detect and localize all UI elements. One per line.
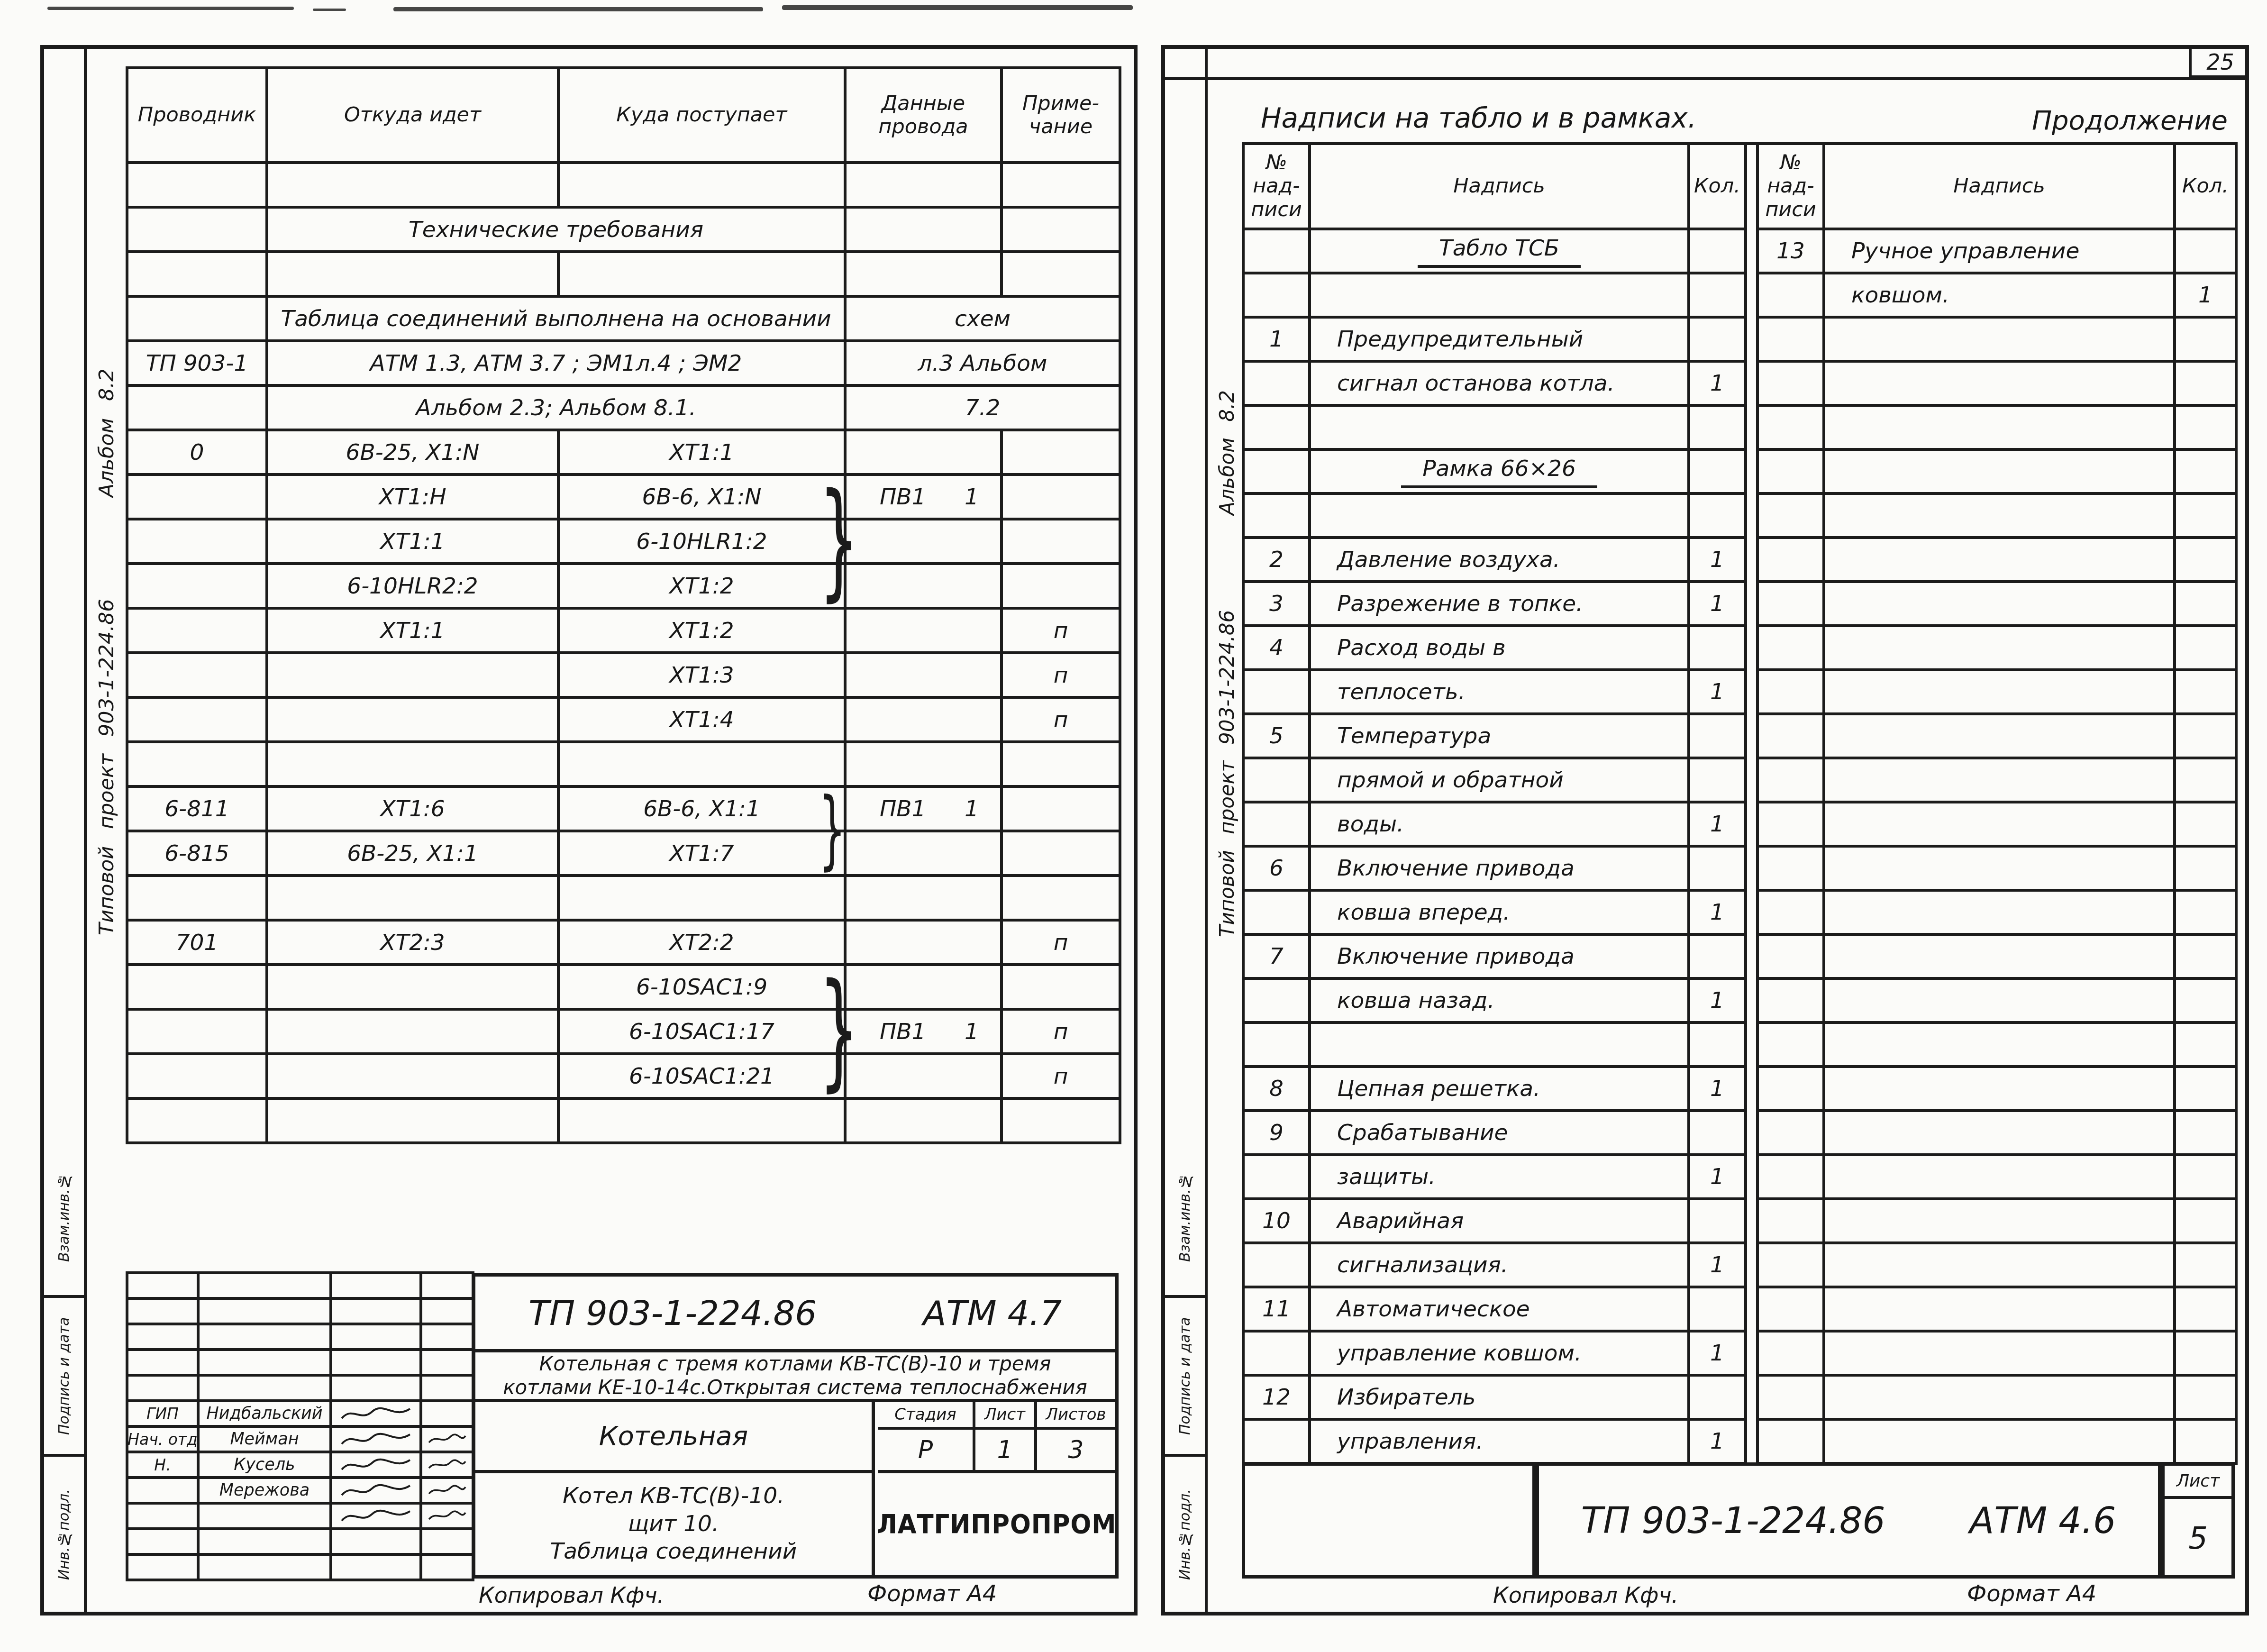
label-num-cell <box>1245 363 1311 407</box>
from-cell: 6В-25, Х1:N <box>268 431 560 476</box>
labels-table-row: ковша назад.1 <box>1245 980 2238 1024</box>
labels-table-row <box>1245 495 2238 539</box>
group-divider <box>1747 759 1759 803</box>
signature-table: ГИПНидбальскийНач. отдМейманН.КусельМере… <box>126 1271 474 1581</box>
wire-col-header: Проводник <box>128 69 268 164</box>
note-cell: п <box>1003 1011 1121 1055</box>
group-divider <box>1747 848 1759 892</box>
label-text-cell <box>1825 848 2176 892</box>
label-num-cell <box>1245 495 1311 539</box>
label-text-cell <box>1311 495 1690 539</box>
brace-group-3: } <box>819 963 845 1097</box>
group-divider <box>1747 539 1759 583</box>
labels-table: № над- писиНадписьКол.№ над- писиНадпись… <box>1242 142 2238 1465</box>
to-cell: 6-10SAC1:9 <box>560 966 847 1011</box>
label-num-cell <box>1245 1024 1311 1068</box>
note-cell: п <box>1003 922 1121 966</box>
label-text-cell: ковшом. <box>1825 274 2176 319</box>
group-divider <box>1747 803 1759 848</box>
label-num-cell <box>1245 892 1311 936</box>
labels-page-title: Надписи на табло и в рамках. <box>1261 102 1696 134</box>
label-num-cell <box>1245 1156 1311 1200</box>
label-qty-cell <box>2176 759 2238 803</box>
label-num-cell: 4 <box>1245 627 1311 671</box>
conductor-cell <box>128 387 268 431</box>
label-qty-cell <box>2176 1024 2238 1068</box>
wire-qty: 1 <box>965 484 979 510</box>
label-qty-cell <box>2176 1068 2238 1112</box>
label-text-cell: сигнал останова котла. <box>1311 363 1690 407</box>
wire-mark: ПВ1 <box>880 796 926 822</box>
wire-data-cell <box>847 1100 1003 1144</box>
label-qty-cell: 1 <box>1690 583 1747 627</box>
label-num-cell <box>1245 451 1311 495</box>
note-cell <box>1003 877 1121 922</box>
signature-row: Мережова <box>128 1479 474 1505</box>
from-cell <box>268 164 560 209</box>
group2-qty-header: Кол. <box>2176 145 2238 230</box>
project-name-row: Котельная с тремя котлами КВ-ТС(В)-10 и … <box>475 1352 1115 1402</box>
signature-role-cell <box>128 1300 200 1325</box>
label-qty-cell <box>1690 495 1747 539</box>
conductor-cell <box>128 610 268 654</box>
from-cell: ХТ1:6 <box>268 788 560 832</box>
signature-date-cell <box>422 1530 474 1556</box>
doc-code: АТМ 4.7 <box>923 1293 1062 1333</box>
sheet-value: 1 <box>975 1430 1037 1470</box>
note-cell <box>1003 966 1121 1011</box>
wire-col-header: Приме- чание <box>1003 69 1121 164</box>
labels-table-row <box>1245 407 2238 451</box>
label-text-cell: Рамка 66×26 <box>1311 451 1690 495</box>
signature-scribble-cell <box>332 1274 422 1300</box>
label-num-cell <box>1759 1333 1825 1377</box>
label-qty-cell <box>1690 1288 1747 1333</box>
labels-table-row: 4Расход воды в <box>1245 627 2238 671</box>
label-text-cell: защиты. <box>1311 1156 1690 1200</box>
label-qty-cell <box>1690 1024 1747 1068</box>
right-sheet-number-block: Лист 5 <box>2161 1462 2235 1579</box>
label-qty-cell <box>1690 1377 1747 1421</box>
right-copied-by: Копировал Кфч. <box>1493 1582 1678 1608</box>
label-num-cell <box>1245 803 1311 848</box>
label-qty-cell <box>2176 1200 2238 1244</box>
left-title-block: ТП 903-1-224.86 АТМ 4.7 Котельная с трем… <box>472 1273 1119 1579</box>
signature-row <box>128 1530 474 1556</box>
group-divider <box>1747 936 1759 980</box>
labels-table-row: 7Включение привода <box>1245 936 2238 980</box>
label-text-cell <box>1825 1244 2176 1288</box>
wire-qty: 1 <box>965 796 979 822</box>
label-num-cell: 2 <box>1245 539 1311 583</box>
signature-date-cell <box>422 1402 474 1428</box>
label-num-cell <box>1245 1244 1311 1288</box>
labels-table-row: прямой и обратной <box>1245 759 2238 803</box>
group-divider <box>1747 145 1759 230</box>
brace-group-1: } <box>819 473 845 607</box>
conductor-cell <box>128 253 268 298</box>
wire-table-row: 6-811ХТ1:66В-6, Х1:1ПВ11 <box>128 788 1121 832</box>
wire-table-row: Альбом 2.3; Альбом 8.1.7.2 <box>128 387 1121 431</box>
label-qty-cell <box>2176 892 2238 936</box>
label-num-cell <box>1245 407 1311 451</box>
labels-table-row: воды.1 <box>1245 803 2238 848</box>
continuation-label: Продолжение <box>1962 105 2228 136</box>
wire-table-row: 6-10HLR2:2ХТ1:2 <box>128 565 1121 610</box>
labels-table-row: ковша вперед.1 <box>1245 892 2238 936</box>
label-num-cell <box>1759 1288 1825 1333</box>
label-qty-cell: 1 <box>1690 1244 1747 1288</box>
signature-role-cell <box>128 1325 200 1351</box>
group-divider <box>1747 1068 1759 1112</box>
label-text-cell <box>1825 936 2176 980</box>
group1-qty-header: Кол. <box>1690 145 1747 230</box>
label-qty-cell <box>1690 451 1747 495</box>
left-copied-by: Копировал Кфч. <box>479 1582 664 1608</box>
label-num-cell <box>1759 495 1825 539</box>
signature-scribble-cell <box>332 1505 422 1530</box>
note-cell <box>1003 1100 1121 1144</box>
label-num-cell <box>1759 1377 1825 1421</box>
wire-table-row: 06В-25, Х1:NХТ1:1 <box>128 431 1121 476</box>
group2-label-header: Надпись <box>1825 145 2176 230</box>
label-qty-cell: 1 <box>1690 980 1747 1024</box>
group-divider <box>1747 407 1759 451</box>
label-text-cell <box>1825 1024 2176 1068</box>
label-text-cell <box>1825 803 2176 848</box>
label-qty-cell: 1 <box>1690 803 1747 848</box>
label-qty-cell <box>2176 627 2238 671</box>
label-num-cell: 10 <box>1245 1200 1311 1244</box>
label-qty-cell <box>1690 1200 1747 1244</box>
label-text-cell <box>1825 1112 2176 1156</box>
page-number-box: 25 <box>2189 49 2249 78</box>
label-text-cell <box>1825 407 2176 451</box>
doc-number: ТП 903-1-224.86 <box>1581 1499 1885 1542</box>
note-cell: п <box>1003 654 1121 699</box>
label-text-cell <box>1825 627 2176 671</box>
label-qty-cell <box>2176 539 2238 583</box>
signature-scribble <box>338 1430 414 1449</box>
signature-role-cell <box>128 1556 200 1581</box>
label-num-cell <box>1759 892 1825 936</box>
label-text-cell <box>1825 319 2176 363</box>
signature-row <box>128 1300 474 1325</box>
wire-table-row: 6-10SAC1:21п <box>128 1055 1121 1100</box>
label-qty-cell <box>2176 980 2238 1024</box>
label-qty-cell <box>2176 230 2238 274</box>
signature-scribble-cell <box>332 1300 422 1325</box>
label-qty-cell <box>2176 1244 2238 1288</box>
note-cell: п <box>1003 1055 1121 1100</box>
label-text-cell: Давление воздуха. <box>1311 539 1690 583</box>
wire-data-cell <box>847 431 1003 476</box>
wire-data-cell <box>847 654 1003 699</box>
sheet-label: Лист <box>2165 1466 2231 1499</box>
wire-data-cell: ПВ11 <box>847 1011 1003 1055</box>
label-qty-cell <box>2176 848 2238 892</box>
group-divider <box>1747 1288 1759 1333</box>
wire-connection-table: ПроводникОткуда идетКуда поступаетДанные… <box>126 66 1121 1144</box>
signature-role-cell: Нач. отд <box>128 1428 200 1453</box>
label-qty-cell <box>2176 1421 2238 1465</box>
project-line-1: Котельная с тремя котлами КВ-ТС(В)-10 и … <box>539 1352 1051 1376</box>
label-qty-cell <box>2176 936 2238 980</box>
stamp-box-vzam: Взам.инв.№ <box>42 1139 87 1298</box>
label-num-cell <box>1245 1421 1311 1465</box>
wire-table-row: 701ХТ2:3ХТ2:2п <box>128 922 1121 966</box>
to-cell: 6В-6, Х1:N <box>560 476 847 520</box>
signature-name-cell: Кусель <box>200 1453 332 1479</box>
label-qty-cell: 1 <box>1690 1068 1747 1112</box>
note-cell <box>1003 565 1121 610</box>
label-text-cell: Температура <box>1311 715 1690 759</box>
from-cell: 6-10HLR2:2 <box>268 565 560 610</box>
from-cell: ХТ1:1 <box>268 610 560 654</box>
conductor-cell <box>128 1100 268 1144</box>
stamp-box-podpis: Подпись и дата <box>42 1298 87 1457</box>
wire-data-cell <box>847 164 1003 209</box>
wire-data-cell <box>847 253 1003 298</box>
stamp-box-inv: Инв.№подл. <box>1163 1457 1208 1615</box>
wire-table-row <box>128 877 1121 922</box>
label-text-cell <box>1311 274 1690 319</box>
stage-value: Р <box>878 1430 975 1470</box>
label-text-cell: Табло ТСБ <box>1311 230 1690 274</box>
label-num-cell: 9 <box>1245 1112 1311 1156</box>
labels-table-row: управления.1 <box>1245 1421 2238 1465</box>
signature-role-cell <box>128 1479 200 1505</box>
labels-table-row: 1Предупредительный <box>1245 319 2238 363</box>
signature-name-cell <box>200 1274 332 1300</box>
signature-date-cell <box>422 1274 474 1300</box>
scanned-drawing-page: Взам.инв.№ Подпись и дата Инв.№подл. Тип… <box>0 0 2267 1652</box>
signature-name-cell <box>200 1505 332 1530</box>
note-cell: п <box>1003 699 1121 743</box>
signature-row <box>128 1351 474 1377</box>
label-qty-cell <box>1690 848 1747 892</box>
label-qty-cell: 1 <box>2176 274 2238 319</box>
group-divider <box>1747 1244 1759 1288</box>
margin-text: Типовой проект 903-1-224.86 Альбом 8.2 <box>95 368 118 935</box>
from-cell <box>268 654 560 699</box>
signature-scribble <box>338 1481 414 1500</box>
label-qty-cell: 1 <box>1690 1421 1747 1465</box>
reference-cell: л.3 Альбом <box>847 342 1121 387</box>
wire-data-cell <box>847 699 1003 743</box>
to-cell <box>560 253 847 298</box>
note-cell <box>1003 520 1121 565</box>
signature-role-cell <box>128 1274 200 1300</box>
signature-row <box>128 1505 474 1530</box>
group-divider <box>1747 583 1759 627</box>
drawing-title-line-2: щит 10. <box>628 1510 719 1538</box>
label-num-cell <box>1759 1200 1825 1244</box>
stage-label: Стадия <box>878 1402 975 1427</box>
label-text-cell <box>1825 980 2176 1024</box>
wire-data-cell <box>847 565 1003 610</box>
group1-num-header: № над- писи <box>1245 145 1311 230</box>
note-cell <box>1003 743 1121 788</box>
to-cell: 6-10HLR1:2 <box>560 520 847 565</box>
note-cell <box>1003 788 1121 832</box>
signature-role-cell <box>128 1530 200 1556</box>
from-cell <box>268 699 560 743</box>
label-text-cell <box>1825 539 2176 583</box>
label-num-cell <box>1759 936 1825 980</box>
label-num-cell <box>1759 539 1825 583</box>
wire-col-header: Данные провода <box>847 69 1003 164</box>
label-qty-cell <box>2176 1377 2238 1421</box>
label-text-cell: Ручное управление <box>1825 230 2176 274</box>
signature-row <box>128 1274 474 1300</box>
label-qty-cell <box>2176 1333 2238 1377</box>
conductor-cell <box>128 164 268 209</box>
label-qty-cell <box>2176 363 2238 407</box>
label-text-cell <box>1825 759 2176 803</box>
merged-text-cell: АТМ 1.3, АТМ 3.7 ; ЭМ1л.4 ; ЭМ2 <box>268 342 847 387</box>
stamp-box-vzam: Взам.инв.№ <box>1163 1139 1208 1298</box>
sheets-label: Листов <box>1037 1402 1115 1427</box>
wire-table-row: ТП 903-1АТМ 1.3, АТМ 3.7 ; ЭМ1л.4 ; ЭМ2л… <box>128 342 1121 387</box>
label-text-cell <box>1825 1288 2176 1333</box>
signature-scribble-cell <box>332 1402 422 1428</box>
signature-scribble <box>338 1404 414 1423</box>
from-cell: ХТ1:1 <box>268 520 560 565</box>
signature-name-cell: Нидбальский <box>200 1402 332 1428</box>
wire-table-row <box>128 743 1121 788</box>
label-text-cell <box>1825 671 2176 715</box>
group-divider <box>1747 1421 1759 1465</box>
label-text-cell: ковша вперед. <box>1311 892 1690 936</box>
wire-table-row: ХТ1:1ХТ1:2п <box>128 610 1121 654</box>
label-num-cell <box>1759 363 1825 407</box>
group-divider <box>1747 1156 1759 1200</box>
signature-scribble-cell <box>332 1479 422 1505</box>
wire-table-row: ХТ1:3п <box>128 654 1121 699</box>
merged-text-cell: Таблица соединений выполнена на основани… <box>268 298 847 342</box>
from-cell: ХТ2:3 <box>268 922 560 966</box>
brace-group-2: } <box>819 785 845 874</box>
note-cell <box>1003 253 1121 298</box>
from-cell <box>268 1011 560 1055</box>
label-num-cell: 5 <box>1245 715 1311 759</box>
label-text-cell <box>1825 363 2176 407</box>
group-divider <box>1747 230 1759 274</box>
labels-table-row: 5Температура <box>1245 715 2238 759</box>
note-cell: п <box>1003 610 1121 654</box>
drawing-title-cell: Котел КВ-ТС(В)-10. щит 10. Таблица соеди… <box>475 1473 875 1575</box>
drawing-title-line-3: Таблица соединений <box>550 1538 797 1566</box>
wire-table-row <box>128 164 1121 209</box>
label-num-cell <box>1759 715 1825 759</box>
label-num-cell: 11 <box>1245 1288 1311 1333</box>
wire-qty: 1 <box>965 1019 979 1045</box>
conductor-cell <box>128 654 268 699</box>
label-num-cell <box>1759 1024 1825 1068</box>
labels-table-header: № над- писиНадписьКол.№ над- писиНадпись… <box>1245 145 2238 230</box>
label-num-cell <box>1759 1156 1825 1200</box>
label-num-cell <box>1759 759 1825 803</box>
signature-role-cell <box>128 1377 200 1402</box>
signature-date-cell <box>422 1556 474 1581</box>
from-cell <box>268 966 560 1011</box>
label-num-cell <box>1759 451 1825 495</box>
group-divider <box>1747 627 1759 671</box>
from-cell <box>268 1055 560 1100</box>
label-text-cell <box>1825 583 2176 627</box>
drawing-title-line-1: Котел КВ-ТС(В)-10. <box>563 1482 784 1510</box>
label-qty-cell <box>2176 495 2238 539</box>
conductor-cell <box>128 298 268 342</box>
wire-col-header: Куда поступает <box>560 69 847 164</box>
right-empty-block <box>1242 1462 1536 1579</box>
label-num-cell: 6 <box>1245 848 1311 892</box>
signature-date-cell <box>422 1325 474 1351</box>
label-num-cell <box>1759 1421 1825 1465</box>
merged-text-cell: Технические требования <box>268 209 847 253</box>
signature-scribble <box>338 1455 414 1474</box>
to-cell: ХТ1:2 <box>560 610 847 654</box>
wire-data-cell <box>847 209 1003 253</box>
wire-data-cell <box>847 743 1003 788</box>
labels-table-row: Табло ТСБ13Ручное управление <box>1245 230 2238 274</box>
label-qty-cell: 1 <box>1690 539 1747 583</box>
signature-scribble <box>338 1506 414 1525</box>
to-cell: 6В-6, Х1:1 <box>560 788 847 832</box>
signature-scribble-cell <box>332 1428 422 1453</box>
label-qty-cell <box>2176 583 2238 627</box>
signature-role-cell <box>128 1505 200 1530</box>
label-text-cell: Автоматическое <box>1311 1288 1690 1333</box>
label-num-cell <box>1759 319 1825 363</box>
label-qty-cell <box>2176 803 2238 848</box>
group-divider <box>1747 363 1759 407</box>
signature-scribble-cell <box>332 1351 422 1377</box>
labels-table-row: 10Аварийная <box>1245 1200 2238 1244</box>
section-heading: Рамка 66×26 <box>1401 455 1597 488</box>
group-divider <box>1747 892 1759 936</box>
project-line-2: котлами КЕ-10-14с.Открытая система тепло… <box>503 1376 1087 1399</box>
label-qty-cell <box>2176 407 2238 451</box>
signature-scribble-cell <box>332 1453 422 1479</box>
label-text-cell <box>1825 1200 2176 1244</box>
conductor-cell <box>128 966 268 1011</box>
wire-mark: ПВ1 <box>880 484 926 510</box>
conductor-cell <box>128 209 268 253</box>
wire-table-header: ПроводникОткуда идетКуда поступаетДанные… <box>128 69 1121 164</box>
signature-name-cell <box>200 1300 332 1325</box>
group1-label-header: Надпись <box>1311 145 1690 230</box>
signature-name-cell <box>200 1325 332 1351</box>
label-text-cell: воды. <box>1311 803 1690 848</box>
label-qty-cell <box>1690 715 1747 759</box>
group-divider <box>1747 495 1759 539</box>
label-text-cell <box>1311 1024 1690 1068</box>
signature-role-cell: ГИП <box>128 1402 200 1428</box>
signature-role-cell <box>128 1351 200 1377</box>
signature-name-cell <box>200 1556 332 1581</box>
from-cell <box>268 877 560 922</box>
from-cell: 6В-25, Х1:1 <box>268 832 560 877</box>
labels-table-row: Рамка 66×26 <box>1245 451 2238 495</box>
stamp-box-inv: Инв.№подл. <box>42 1457 87 1615</box>
wire-table-row: ХТ1:4п <box>128 699 1121 743</box>
label-text-cell: Срабатывание <box>1311 1112 1690 1156</box>
signature-name-cell <box>200 1530 332 1556</box>
label-text-cell: управление ковшом. <box>1311 1333 1690 1377</box>
labels-table-row: 3Разрежение в топке.1 <box>1245 583 2238 627</box>
